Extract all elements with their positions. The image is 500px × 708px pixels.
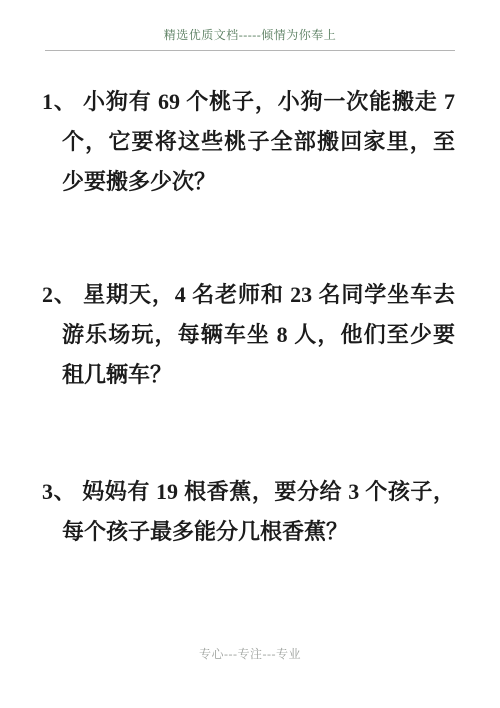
problem-3: 3、 妈妈有 19 根香蕉，要分给 3 个孩子， 每个孩子最多能分几根香蕉？ (42, 472, 455, 552)
footer-slogan: 专心---专注---专业 (0, 645, 500, 662)
problem-1: 1、 小狗有 69 个桃子，小狗一次能搬走 7 个，它要将这些桃子全部搬回家里，… (42, 82, 455, 202)
problem-3-line-1: 3、 妈妈有 19 根香蕉，要分给 3 个孩子， (42, 472, 455, 512)
header-slogan: 精选优质文档-----倾情为你奉上 (0, 26, 500, 43)
problem-1-line-2: 个，它要将这些桃子全部搬回家里，至 (42, 122, 455, 162)
document-page: 精选优质文档-----倾情为你奉上 1、 小狗有 69 个桃子，小狗一次能搬走 … (0, 0, 500, 708)
problem-2-line-2: 游乐场玩，每辆车坐 8 人，他们至少要 (42, 315, 455, 355)
problem-2-line-1: 2、 星期天，4 名老师和 23 名同学坐车去 (42, 275, 455, 315)
problem-2-line-3: 租几辆车？ (42, 355, 455, 395)
header-divider-line (45, 50, 455, 51)
problem-3-line-2: 每个孩子最多能分几根香蕉？ (42, 512, 455, 552)
problem-2: 2、 星期天，4 名老师和 23 名同学坐车去 游乐场玩，每辆车坐 8 人，他们… (42, 275, 455, 395)
problem-1-line-1: 1、 小狗有 69 个桃子，小狗一次能搬走 7 (42, 82, 455, 122)
problem-1-line-3: 少要搬多少次？ (42, 162, 455, 202)
